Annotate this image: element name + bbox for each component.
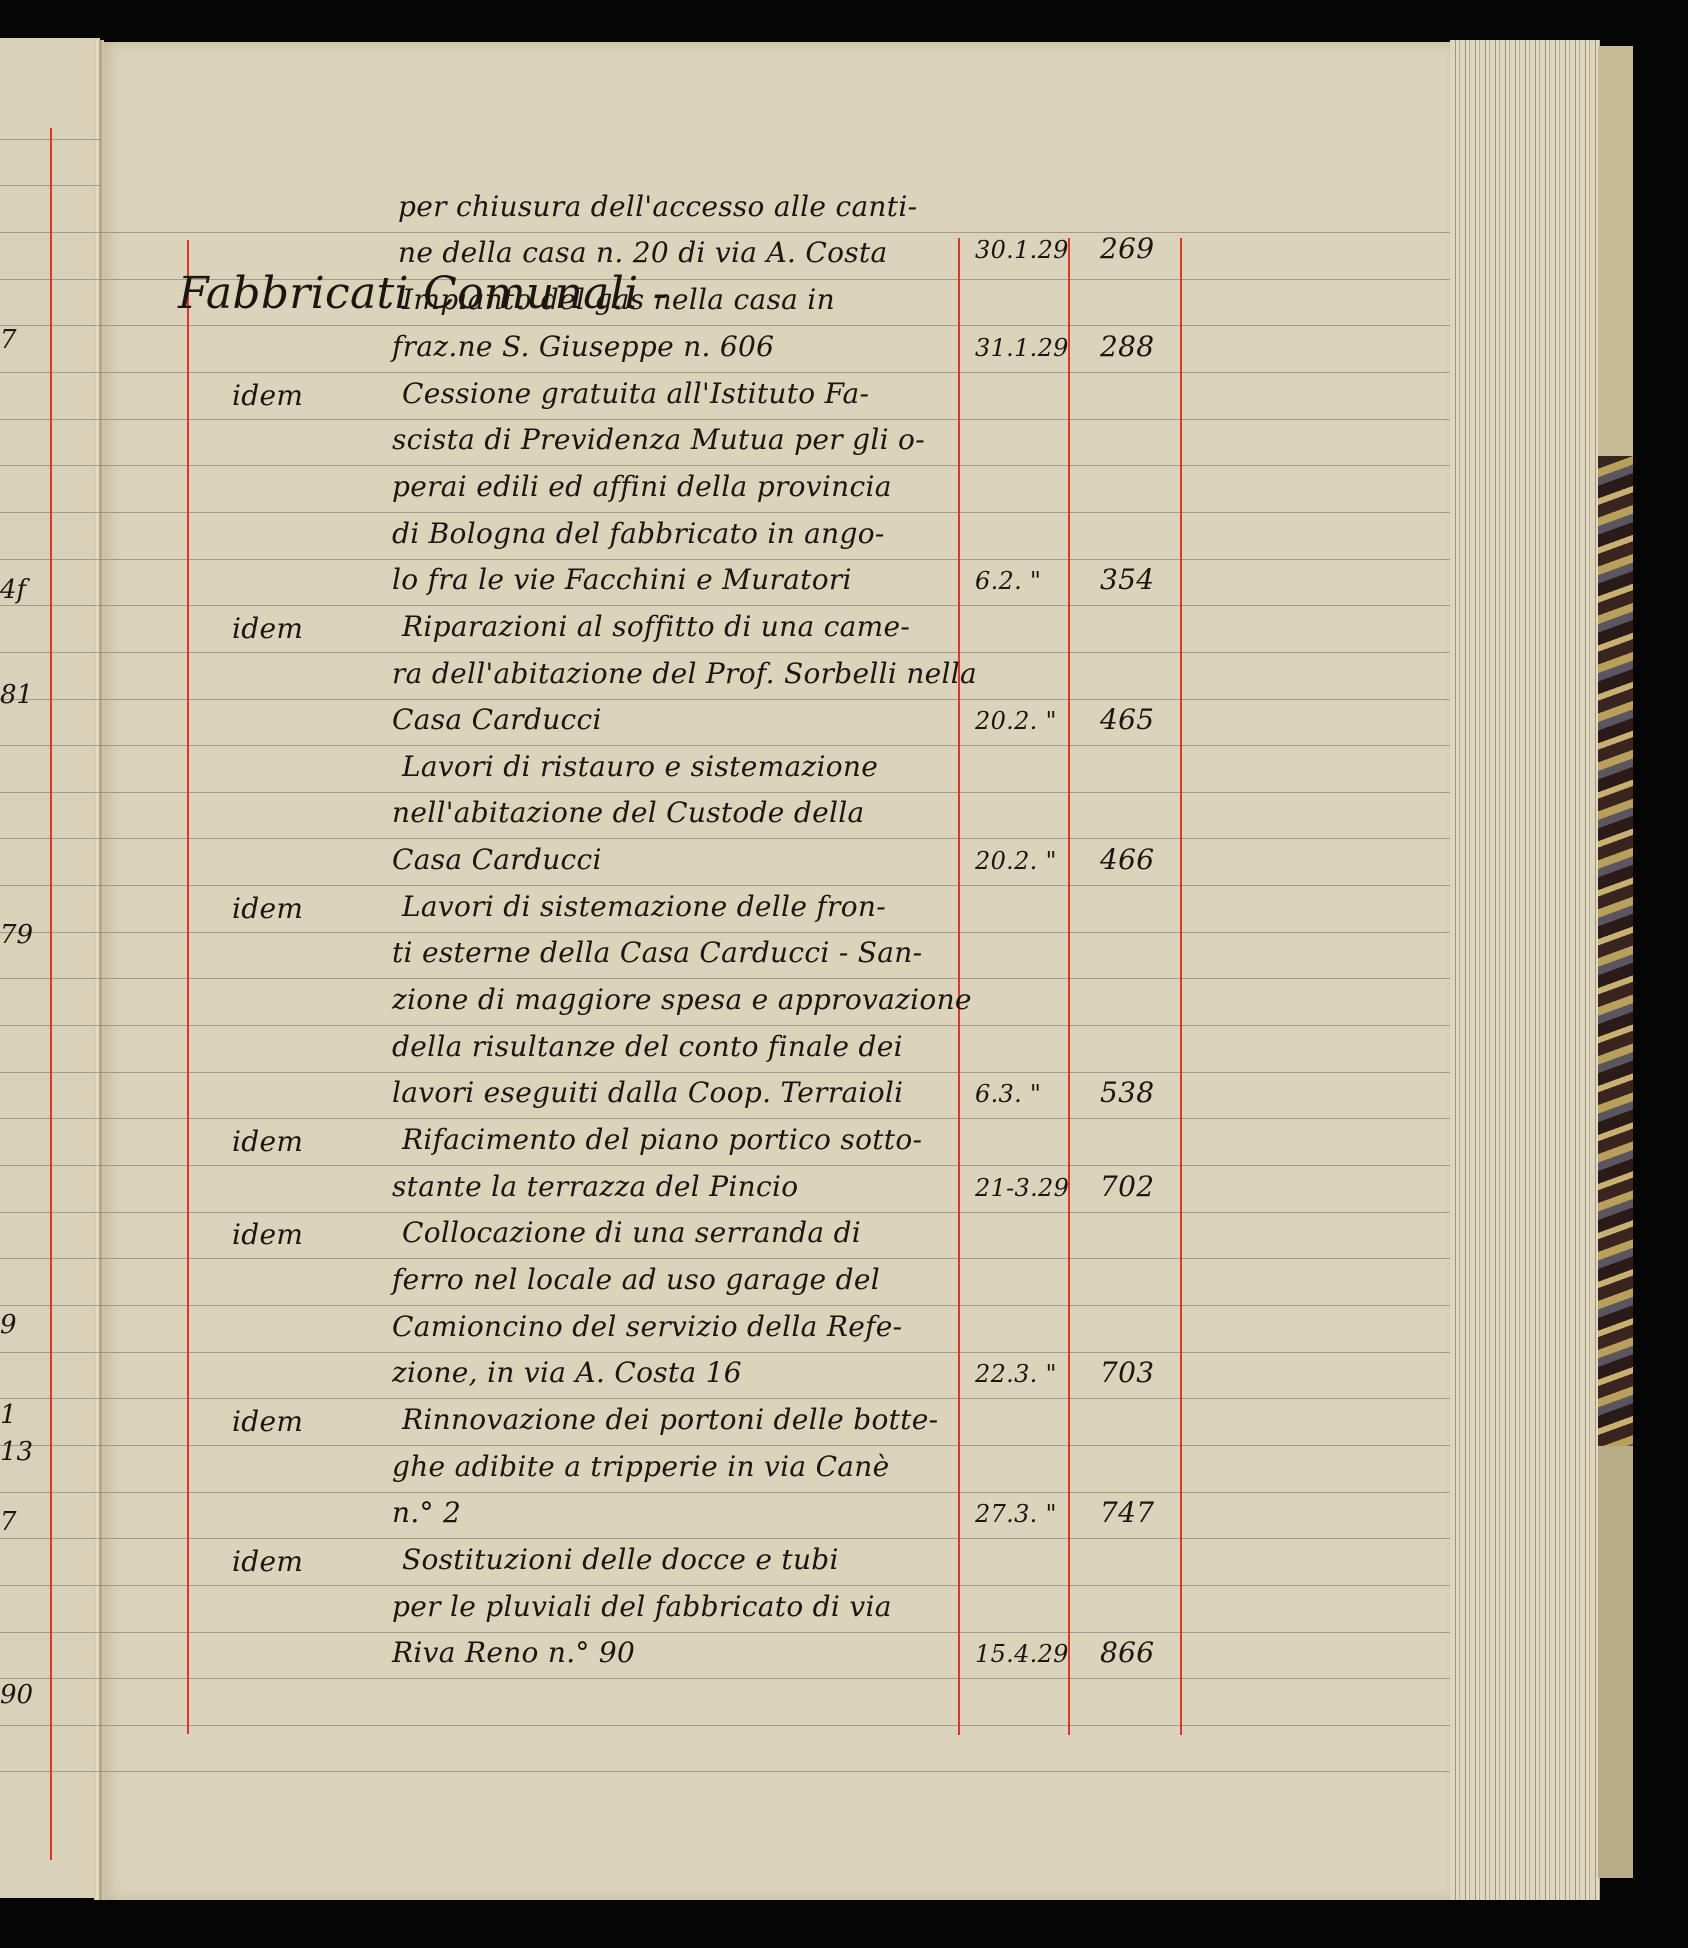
horizontal-rule [0,372,1450,373]
entry-number: 466 [1100,843,1154,876]
left-page-number-fragment: 9 [0,1310,17,1340]
entry-text-line: Cessione gratuita all'Istituto Fa- [402,377,869,410]
horizontal-rule [0,1538,1450,1539]
entry-text-line: Casa Carducci [392,843,602,876]
entry-number: 538 [1100,1076,1154,1109]
entry-text-line: Rinnovazione dei portoni delle botte- [402,1403,938,1436]
entry-category: idem [232,1545,303,1578]
entry-date: 31.1.29 [975,334,1069,362]
horizontal-rule [0,419,1450,420]
left-page-number-fragment: 79 [0,920,33,950]
horizontal-rule [0,1352,1450,1353]
entry-text-line: Impianto del gas nella casa in [402,283,835,316]
horizontal-rule [0,792,1450,793]
horizontal-rule [0,1632,1450,1633]
entry-date: 6.2. " [975,567,1041,595]
entry-text-line: ghe adibite a tripperie in via Canè [392,1450,890,1483]
entry-text-line: Riparazioni al soffitto di una came- [402,610,910,643]
entry-date: 20.2. " [975,707,1057,735]
entry-text-line: Lavori di sistemazione delle fron- [402,890,886,923]
horizontal-rule [0,745,1450,746]
entry-text-line: Rifacimento del piano portico sotto- [402,1123,922,1156]
horizontal-rule [0,885,1450,886]
entry-text-line: zione, in via A. Costa 16 [392,1356,742,1389]
entry-text-line: lo fra le vie Facchini e Muratori [392,563,852,596]
horizontal-rule [0,605,1450,606]
carryover-date: 30.1.29 [975,236,1069,264]
entry-number: 288 [1100,330,1154,363]
entry-text-line: lavori eseguiti dalla Coop. Terraioli [392,1076,903,1109]
carryover-line-2: ne della casa n. 20 di via A. Costa [398,236,887,269]
carryover-line-1: per chiusura dell'accesso alle canti- [398,190,917,223]
horizontal-rule [0,512,1450,513]
entry-text-line: di Bologna del fabbricato in ango- [392,517,885,550]
entry-date: 20.2. " [975,847,1057,875]
page-stack-edges [1450,40,1600,1900]
horizontal-rule [0,978,1450,979]
horizontal-rule [0,232,1450,233]
horizontal-rule [0,1398,1450,1399]
red-margin-line [50,128,52,1860]
entry-category: idem [232,1125,303,1158]
entry-category: idem [232,1218,303,1251]
horizontal-rule [0,838,1450,839]
entry-number: 702 [1100,1170,1154,1203]
horizontal-rule [0,465,1450,466]
entry-date: 27.3. " [975,1500,1057,1528]
horizontal-rule [0,1725,1450,1726]
left-page-number-fragment: 81 [0,680,33,710]
horizontal-rule [0,652,1450,653]
entry-text-line: ti esterne della Casa Carducci - San- [392,936,922,969]
entry-text-line: della risultanze del conto finale dei [392,1030,903,1063]
entry-text-line: ferro nel locale ad uso garage del [392,1263,880,1296]
left-page-number-fragment: 90 [0,1680,33,1710]
entry-number: 747 [1100,1496,1154,1529]
left-page-number-fragment: 4f [0,575,26,605]
red-margin-line [187,240,189,1734]
leather-binding-top [1598,46,1633,456]
horizontal-rule [0,1492,1450,1493]
entry-date: 22.3. " [975,1360,1057,1388]
horizontal-rule [0,1072,1450,1073]
entry-text-line: nell'abitazione del Custode della [392,796,864,829]
entry-category: idem [232,379,303,412]
horizontal-rule [0,1025,1450,1026]
entry-number: 354 [1100,563,1154,596]
entry-text-line: Casa Carducci [392,703,602,736]
entry-number: 866 [1100,1636,1154,1669]
horizontal-rule [0,325,1450,326]
entry-category: idem [232,1405,303,1438]
entry-text-line: scista di Previdenza Mutua per gli o- [392,423,925,456]
entry-text-line: fraz.ne S. Giuseppe n. 606 [392,330,774,363]
horizontal-rule [0,1445,1450,1446]
entry-text-line: zione di maggiore spesa e approvazione [392,983,972,1016]
leather-binding-bottom [1598,1446,1633,1878]
entry-text-line: Lavori di ristauro e sistemazione [402,750,878,783]
horizontal-rule [0,1212,1450,1213]
entry-category: idem [232,612,303,645]
red-margin-line [1180,238,1182,1735]
horizontal-rule [0,1771,1450,1772]
left-page-number-fragment: 7 [0,1507,17,1537]
horizontal-rule [0,699,1450,700]
entry-text-line: Sostituzioni delle docce e tubi [402,1543,839,1576]
horizontal-rule [0,1305,1450,1306]
horizontal-rule [0,1585,1450,1586]
entry-text-line: ra dell'abitazione del Prof. Sorbelli ne… [392,657,977,690]
entry-number: 465 [1100,703,1154,736]
horizontal-rule [0,559,1450,560]
horizontal-rule [0,1165,1450,1166]
entry-date: 21-3.29 [975,1174,1069,1202]
horizontal-rule [0,1118,1450,1119]
entry-text-line: per le pluviali del fabbricato di via [392,1590,892,1623]
red-margin-line [1068,238,1070,1735]
entry-text-line: n.° 2 [392,1496,461,1529]
entry-category: idem [232,892,303,925]
entry-text-line: Collocazione di una serranda di [402,1216,861,1249]
horizontal-rule [0,1678,1450,1679]
carryover-number: 269 [1100,232,1154,265]
horizontal-rule [0,1258,1450,1259]
left-page-number-fragment: 1 [0,1400,17,1430]
horizontal-rule [0,932,1450,933]
entry-text-line: stante la terrazza del Pincio [392,1170,798,1203]
entry-text-line: perai edili ed affini della provincia [392,470,892,503]
entry-date: 6.3. " [975,1080,1041,1108]
entry-number: 703 [1100,1356,1154,1389]
entry-text-line: Camioncino del servizio della Refe- [392,1310,902,1343]
marbled-cover [1598,456,1633,1446]
left-page-number-fragment: 13 [0,1437,33,1467]
left-page-number-fragment: 7 [0,325,17,355]
entry-date: 15.4.29 [975,1640,1069,1668]
entry-text-line: Riva Reno n.° 90 [392,1636,635,1669]
